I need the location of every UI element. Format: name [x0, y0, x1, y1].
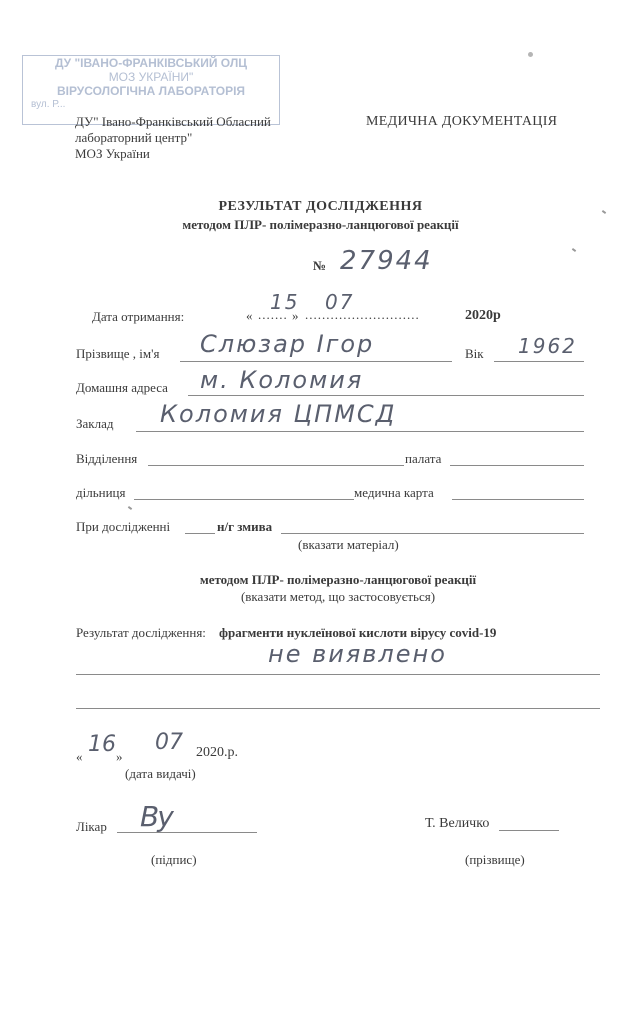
- issue-day: 16: [88, 732, 116, 757]
- method-value: методом ПЛР- полімеразно-ланцюгової реак…: [0, 572, 641, 588]
- name-label: Прізвище , ім'я: [76, 346, 159, 362]
- result-line-2[interactable]: [76, 708, 600, 709]
- district-label: дільниця: [76, 485, 126, 501]
- issue-close-quote: »: [116, 749, 123, 765]
- scan-speck: [128, 506, 132, 510]
- doc-subtitle: методом ПЛР- полімеразно-ланцюгової реак…: [0, 217, 641, 233]
- received-year: 2020р: [465, 308, 501, 324]
- district-line[interactable]: [134, 499, 354, 500]
- stamp-line: ДУ "ІВАНО-ФРАНКІВСЬКИЙ ОЛЦ: [23, 56, 279, 70]
- department-label: Відділення: [76, 451, 137, 467]
- ward-line[interactable]: [450, 465, 584, 466]
- issue-month: 07: [155, 730, 183, 755]
- org-name-line3: МОЗ України: [75, 146, 150, 162]
- surname-hint: (прізвище): [465, 852, 525, 868]
- received-label: Дата отримання:: [92, 309, 184, 325]
- surname-line: [499, 830, 559, 831]
- material-line[interactable]: [281, 533, 584, 534]
- name-value[interactable]: Слюзар Ігор: [200, 330, 374, 358]
- method-hint: (вказати метод, що застосовується): [0, 589, 641, 605]
- institution-label: Заклад: [76, 416, 113, 432]
- issue-open-quote: «: [76, 749, 83, 765]
- age-value[interactable]: 1962: [518, 334, 577, 358]
- medcard-label: медична карта: [354, 485, 434, 501]
- doc-type: МЕДИЧНА ДОКУМЕНТАЦІЯ: [366, 114, 557, 130]
- org-name-line1: ДУ" Івано-Франківський Обласний: [75, 114, 271, 130]
- stamp-line: ВІРУСОЛОГІЧНА ЛАБОРАТОРІЯ: [23, 84, 279, 98]
- institution-line: [136, 431, 584, 432]
- result-line-1: [76, 674, 600, 675]
- result-subject: фрагменти нуклеїнової кислоти вірусу cov…: [219, 625, 496, 641]
- department-line[interactable]: [148, 465, 404, 466]
- medcard-line[interactable]: [452, 499, 584, 500]
- received-open-quote: «: [246, 308, 253, 324]
- age-label: Вік: [465, 346, 484, 362]
- stamp-line: вул. Р...: [23, 98, 279, 112]
- material-prefix: При дослідженні: [76, 519, 170, 535]
- age-line: [494, 361, 584, 362]
- doctor-signature: Ву: [140, 800, 172, 833]
- result-label: Результат дослідження:: [76, 625, 206, 641]
- ward-label: палата: [405, 451, 441, 467]
- signature-line[interactable]: [117, 832, 257, 833]
- doctor-label: Лікар: [76, 819, 107, 835]
- doc-title: РЕЗУЛЬТАТ ДОСЛІДЖЕННЯ: [0, 199, 641, 215]
- received-close-quote: »: [292, 308, 299, 324]
- result-value[interactable]: не виявлено: [268, 640, 447, 668]
- document-number: 27944: [340, 246, 433, 276]
- received-month: 07: [325, 290, 354, 314]
- stamp-line: МОЗ УКРАЇНИ": [23, 70, 279, 84]
- issue-year: 2020.р.: [196, 745, 238, 761]
- address-label: Домашня адреса: [76, 380, 168, 396]
- dotted-fill: ...........................: [305, 307, 420, 323]
- material-short-line: [185, 533, 215, 534]
- material-value: н/г змива: [217, 519, 272, 535]
- org-name-line2: лабораторний центр": [75, 130, 192, 146]
- issue-hint: (дата видачі): [125, 766, 196, 782]
- material-hint: (вказати матеріал): [298, 537, 399, 553]
- address-value[interactable]: м. Коломия: [200, 366, 363, 394]
- number-label: №: [313, 258, 326, 274]
- scan-dot: [528, 52, 533, 57]
- doctor-surname: Т. Величко: [425, 816, 489, 832]
- signature-hint: (підпис): [151, 852, 197, 868]
- institution-value[interactable]: Коломия ЦПМСД: [160, 400, 396, 428]
- address-line: [188, 395, 584, 396]
- name-line: [180, 361, 452, 362]
- scan-speck: [572, 248, 576, 252]
